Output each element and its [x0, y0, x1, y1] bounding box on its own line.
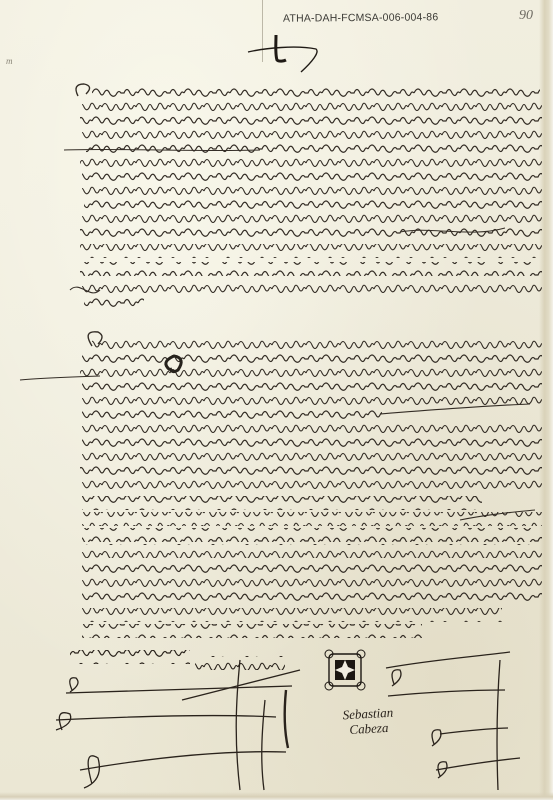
paragraph-two	[20, 332, 542, 638]
closing-line	[70, 650, 285, 670]
signature-surname: Cabeza	[343, 720, 394, 738]
notarial-sign-icon	[323, 648, 367, 692]
notary-signature: Sebastian Cabeza	[342, 705, 394, 738]
closing-raya-lines	[56, 652, 520, 790]
paragraph-one	[64, 84, 542, 312]
manuscript-page: ATHA-DAH-FCMSA-006-004-86 90 m	[0, 0, 553, 800]
handwritten-body	[0, 0, 553, 800]
